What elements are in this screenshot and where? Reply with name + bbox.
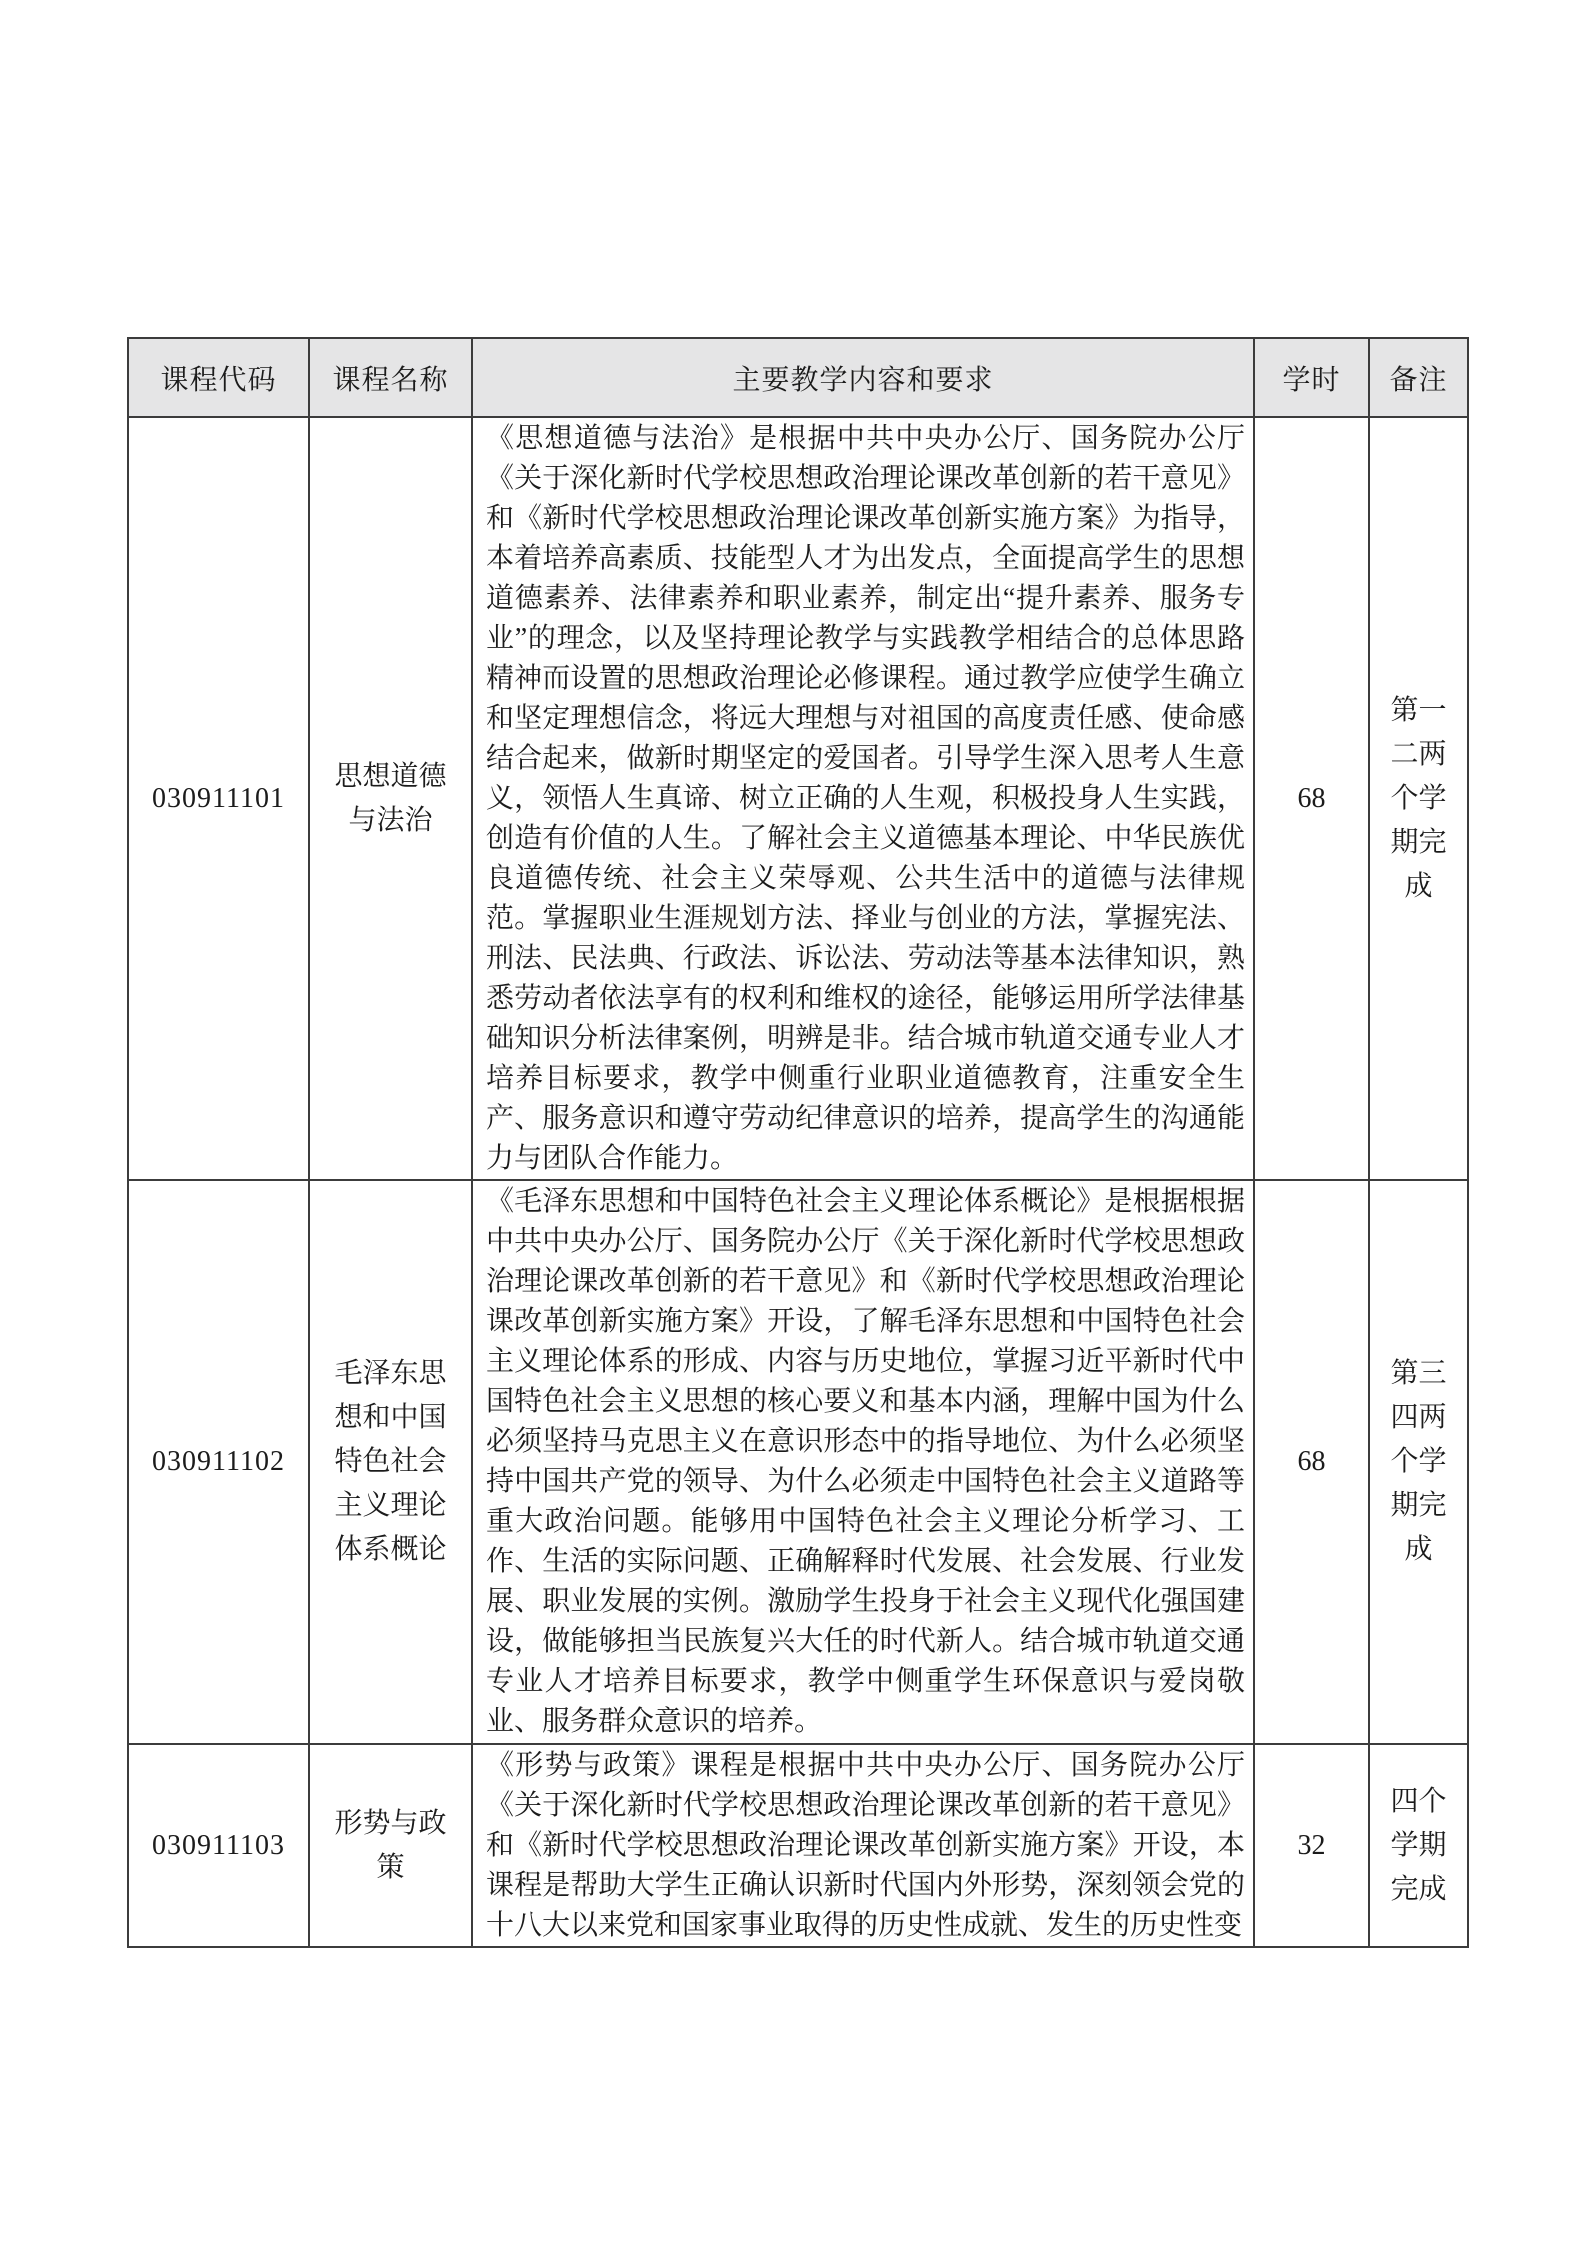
cell-teaching-content: 《思想道德与法治》是根据中共中央办公厅、国务院办公厅《关于深化新时代学校思想政治… [472, 417, 1254, 1180]
cell-class-hours: 68 [1254, 417, 1369, 1180]
cell-class-hours: 32 [1254, 1744, 1369, 1947]
column-header-remark: 备注 [1369, 338, 1468, 417]
cell-remark: 四个学期完成 [1369, 1744, 1468, 1947]
column-header-course-name: 课程名称 [309, 338, 472, 417]
cell-course-code: 030911101 [128, 417, 309, 1180]
document-page: 课程代码 课程名称 主要教学内容和要求 学时 备注 030911101 思想道德… [0, 0, 1587, 2245]
column-header-course-code: 课程代码 [128, 338, 309, 417]
cell-teaching-content: 《形势与政策》课程是根据中共中央办公厅、国务院办公厅《关于深化新时代学校思想政治… [472, 1744, 1254, 1947]
cell-course-name: 毛泽东思想和中国特色社会主义理论体系概论 [309, 1180, 472, 1744]
column-header-class-hours: 学时 [1254, 338, 1369, 417]
cell-class-hours: 68 [1254, 1180, 1369, 1744]
column-header-teaching-content: 主要教学内容和要求 [472, 338, 1254, 417]
table-row-course-3: 030911103 形势与政策 《形势与政策》课程是根据中共中央办公厅、国务院办… [128, 1744, 1468, 1947]
cell-course-name: 形势与政策 [309, 1744, 472, 1947]
cell-course-name: 思想道德与法治 [309, 417, 472, 1180]
cell-course-code: 030911103 [128, 1744, 309, 1947]
cell-remark: 第一二两个学期完成 [1369, 417, 1468, 1180]
cell-teaching-content: 《毛泽东思想和中国特色社会主义理论体系概论》是根据根据中共中央办公厅、国务院办公… [472, 1180, 1254, 1744]
cell-course-code: 030911102 [128, 1180, 309, 1744]
cell-remark: 第三四两个学期完成 [1369, 1180, 1468, 1744]
table-row-course-2: 030911102 毛泽东思想和中国特色社会主义理论体系概论 《毛泽东思想和中国… [128, 1180, 1468, 1744]
table-header-row: 课程代码 课程名称 主要教学内容和要求 学时 备注 [128, 338, 1468, 417]
course-table: 课程代码 课程名称 主要教学内容和要求 学时 备注 030911101 思想道德… [127, 337, 1469, 1948]
table-row-course-1: 030911101 思想道德与法治 《思想道德与法治》是根据中共中央办公厅、国务… [128, 417, 1468, 1180]
